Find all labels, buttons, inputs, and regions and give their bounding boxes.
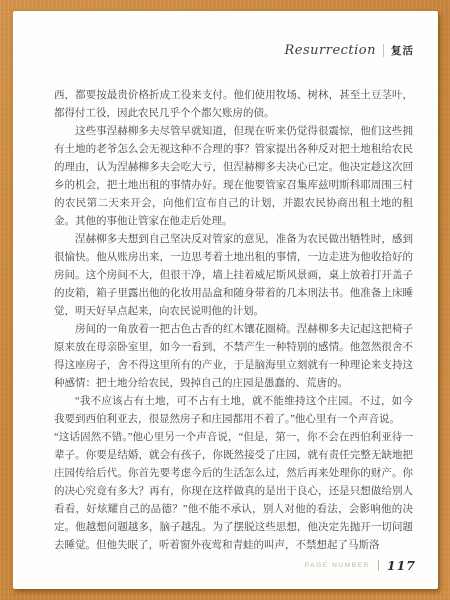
- book-title-english: Resurrection: [284, 43, 376, 58]
- paragraph-dialogue: “我不应该占有土地，可不占有土地，就不能维持这个庄园。不过，如今我要到西伯利亚去…: [54, 393, 413, 429]
- paragraph: 房间的一角放着一把古色古香的红木镶花圈椅。涅赫柳多夫记起这把椅子原来放在母亲卧室…: [54, 321, 413, 393]
- page-number-label: PAGE NUMBER: [305, 562, 370, 569]
- page-body: 西，都要按最贵价格折成工役来支付。他们使用牧场、树林，甚至土豆茎叶，都得付工役，…: [54, 87, 413, 555]
- paragraph: 这些事涅赫柳多夫尽管早就知道，但现在听来仍觉得很震惊，他们这些拥有土地的老爷怎么…: [54, 123, 413, 231]
- book-page: Resurrection 复活 西，都要按最贵价格折成工役来支付。他们使用牧场、…: [13, 11, 438, 589]
- page-header: Resurrection 复活: [284, 43, 414, 58]
- page-footer: PAGE NUMBER 117: [305, 558, 416, 573]
- paragraph-dialogue: “这话固然不错。”他心里另一个声音说，“但是，第一，你不会在西伯利亚待一辈子。你…: [54, 429, 413, 555]
- paragraph-continuation: 西，都要按最贵价格折成工役来支付。他们使用牧场、树林，甚至土豆茎叶，都得付工役，…: [54, 87, 413, 123]
- book-frame: Resurrection 复活 西，都要按最贵价格折成工役来支付。他们使用牧场、…: [0, 0, 450, 600]
- page-number: 117: [387, 558, 416, 573]
- book-title-chinese: 复活: [391, 43, 414, 58]
- paragraph: 涅赫柳多夫想到自己坚决反对管家的意见，准备为农民做出牺牲时，感到很愉快。他从账房…: [54, 231, 413, 321]
- header-divider: [383, 44, 384, 57]
- footer-divider: [378, 560, 379, 571]
